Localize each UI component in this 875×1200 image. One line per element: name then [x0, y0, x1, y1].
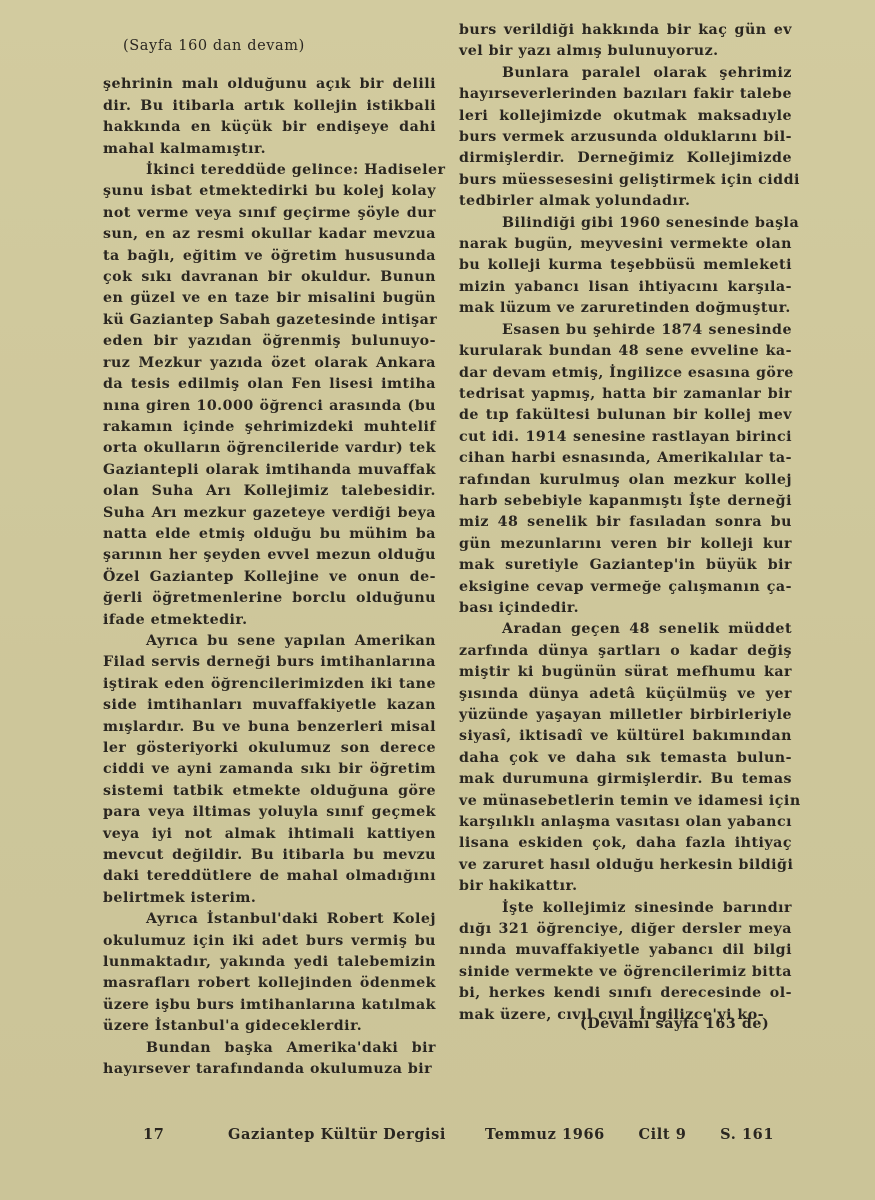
right-column: burs verildiği hakkında bir kaç gün evve… [459, 20, 792, 1026]
text-line: siyasî, iktisadî ve kültürel bakımından [459, 726, 792, 747]
text-line: çok sıkı davranan bir okuldur. Bunun [103, 267, 436, 288]
left-column: (Sayfa 160 dan devam) şehrinin malı oldu… [103, 30, 436, 1081]
text-line: mizin yabancı lisan ihtiyacını karşıla- [459, 277, 792, 298]
text-line: Aradan geçen 48 senelik müddet [459, 619, 792, 640]
text-line: dir. Bu itibarla artık kollejin istikbal… [103, 96, 436, 117]
text-line: Ayrıca bu sene yapılan Amerikan [103, 631, 436, 652]
text-line: vel bir yazı almış bulunuyoruz. [459, 41, 792, 62]
paragraph: Ayrıca bu sene yapılan AmerikanFilad ser… [103, 631, 436, 909]
text-line: kü Gaziantep Sabah gazetesinde intişar [103, 310, 436, 331]
text-line: leri kollejimizde okutmak maksadıyle [459, 106, 792, 127]
text-line: burs verildiği hakkında bir kaç gün ev [459, 20, 792, 41]
text-line: ta bağlı, eğitim ve öğretim hususunda [103, 246, 436, 267]
text-line: Esasen bu şehirde 1874 senesinde [459, 320, 792, 341]
text-line: mak durumuna girmişlerdir. Bu temas [459, 769, 792, 790]
continued-from-note: (Sayfa 160 dan devam) [123, 36, 436, 57]
text-line: hakkında en küçük bir endişeye dahi [103, 117, 436, 138]
text-line: burs vermek arzusunda olduklarını bil- [459, 127, 792, 148]
text-line: side imtihanları muvaffakiyetle kazan [103, 695, 436, 716]
text-line: bu kolleji kurma teşebbüsü memleketi [459, 255, 792, 276]
text-line: rafından kurulmuş olan mezkur kollej [459, 470, 792, 491]
paragraph: burs verildiği hakkında bir kaç gün evve… [459, 20, 792, 63]
text-line: hayırsever tarafındanda okulumuza bir [103, 1059, 436, 1080]
text-line: belirtmek isterim. [103, 888, 436, 909]
text-line: olan Suha Arı Kollejimiz talebesidir. [103, 481, 436, 502]
text-line: natta elde etmiş olduğu bu mühim ba [103, 524, 436, 545]
text-line: burs müessesesini geliştirmek için ciddi [459, 170, 792, 191]
magazine-page: (Sayfa 160 dan devam) şehrinin malı oldu… [0, 0, 875, 1200]
issue-number: S. 161 [720, 1126, 774, 1143]
text-line: lisana eskiden çok, daha fazla ihtiyaç [459, 833, 792, 854]
text-line: gün mezunlarını veren bir kolleji kur [459, 534, 792, 555]
text-line: Suha Arı mezkur gazeteye verdiği beya [103, 503, 436, 524]
text-line: dirmişlerdir. Derneğimiz Kollejimizde [459, 148, 792, 169]
paragraph: İkinci tereddüde gelince: Hadiselerşunu … [103, 160, 436, 631]
text-line: hayırseverlerinden bazıları fakir talebe [459, 84, 792, 105]
text-line: nında muvaffakiyetle yabancı dil bilgi [459, 940, 792, 961]
page-number: 17 [143, 1126, 164, 1143]
text-line: mak lüzum ve zaruretinden doğmuştur. [459, 298, 792, 319]
text-line: tedbirler almak yolundadır. [459, 191, 792, 212]
text-line: ruz Mezkur yazıda özet olarak Ankara [103, 353, 436, 374]
text-line: şarının her şeyden evvel mezun olduğu [103, 545, 436, 566]
text-line: mak suretiyle Gaziantep'in büyük bir [459, 555, 792, 576]
text-line: Gaziantepli olarak imtihanda muvaffak [103, 460, 436, 481]
text-line: eksigine cevap vermeğe çalışmanın ça- [459, 577, 792, 598]
text-line: okulumuz için iki adet burs vermiş bu [103, 931, 436, 952]
text-line: üzere işbu burs imtihanlarına katılmak [103, 995, 436, 1016]
text-line: yüzünde yaşayan milletler birbirleriyle [459, 705, 792, 726]
text-line: sistemi tatbik etmekte olduğuna göre [103, 781, 436, 802]
text-line: Filad servis derneği burs imtihanlarına [103, 652, 436, 673]
text-line: tedrisat yapmış, hatta bir zamanlar bir [459, 384, 792, 405]
text-line: not verme veya sınıf geçirme şöyle dur [103, 203, 436, 224]
text-line: üzere İstanbul'a gideceklerdir. [103, 1016, 436, 1037]
text-line: Bunlara paralel olarak şehrimiz [459, 63, 792, 84]
text-line: sun, en az resmi okullar kadar mevzua [103, 224, 436, 245]
text-line: kurularak bundan 48 sene evveline ka- [459, 341, 792, 362]
text-line: da tesis edilmiş olan Fen lisesi imtiha [103, 374, 436, 395]
text-line: cihan harbi esnasında, Amerikalılar ta- [459, 448, 792, 469]
text-line: ve zaruret hasıl olduğu herkesin bildiği [459, 855, 792, 876]
text-line: ciddi ve ayni zamanda sıkı bir öğretim [103, 759, 436, 780]
text-line: dar devam etmiş, İngilizce esasına göre [459, 363, 792, 384]
text-line: miştir ki bugünün sürat mefhumu kar [459, 662, 792, 683]
issue-date: Temmuz 1966 [485, 1126, 605, 1143]
footer-right: Temmuz 1966 Cilt 9 S. 161 [485, 1126, 802, 1143]
text-line: bası içindedir. [459, 598, 792, 619]
paragraph: Bundan başka Amerika'daki birhayırsever … [103, 1038, 436, 1081]
text-line: daki tereddütlere de mahal olmadığını [103, 866, 436, 887]
text-line: masrafları robert kollejinden ödenmek [103, 973, 436, 994]
text-line: orta okulların öğrencileride vardır) tek [103, 438, 436, 459]
text-line: mışlardır. Bu ve buna benzerleri misal [103, 717, 436, 738]
right-column-text: burs verildiği hakkında bir kaç gün evve… [459, 20, 792, 1026]
paragraph: Ayrıca İstanbul'daki Robert Kolejokulumu… [103, 909, 436, 1037]
text-line: zarfında dünya şartları o kadar değiş [459, 641, 792, 662]
text-line: miz 48 senelik bir fasıladan sonra bu [459, 512, 792, 533]
text-line: İşte kollejimiz sinesinde barındır [459, 898, 792, 919]
text-line: Bundan başka Amerika'daki bir [103, 1038, 436, 1059]
paragraph: İşte kollejimiz sinesinde barındırdığı 3… [459, 898, 792, 1026]
text-line: ifade etmektedir. [103, 610, 436, 631]
text-line: iştirak eden öğrencilerimizden iki tane [103, 674, 436, 695]
continued-to-note: (Devamı sayfa 163 de) [580, 1016, 769, 1032]
text-line: mahal kalmamıştır. [103, 139, 436, 160]
paragraph: şehrinin malı olduğunu açık bir delilidi… [103, 74, 436, 160]
paragraph: Esasen bu şehirde 1874 senesindekurulara… [459, 320, 792, 620]
paragraph: Bilindiği gibi 1960 senesinde başlanarak… [459, 213, 792, 320]
text-line: cut idi. 1914 senesine rastlayan birinci [459, 427, 792, 448]
text-line: Ayrıca İstanbul'daki Robert Kolej [103, 909, 436, 930]
text-line: şısında dünya adetâ küçülmüş ve yer [459, 684, 792, 705]
text-line: de tıp fakültesi bulunan bir kollej mev [459, 405, 792, 426]
volume-number: Cilt 9 [638, 1126, 686, 1143]
publication-name: Gaziantep Kültür Dergisi [228, 1126, 446, 1143]
text-line: sinide vermekte ve öğrencilerimiz bitta [459, 962, 792, 983]
text-line: veya iyi not almak ihtimali kattiyen [103, 824, 436, 845]
text-line: nına giren 10.000 öğrenci arasında (bu [103, 396, 436, 417]
text-line: eden bir yazıdan öğrenmiş bulunuyo- [103, 331, 436, 352]
text-line: harb sebebiyle kapanmıştı İşte derneği [459, 491, 792, 512]
text-line: Özel Gaziantep Kollejine ve onun de- [103, 567, 436, 588]
text-line: en güzel ve en taze bir misalini bugün [103, 288, 436, 309]
text-line: rakamın içinde şehrimizdeki muhtelif [103, 417, 436, 438]
text-line: daha çok ve daha sık temasta bulun- [459, 748, 792, 769]
text-line: ğerli öğretmenlerine borclu olduğunu [103, 588, 436, 609]
text-line: İkinci tereddüde gelince: Hadiseler [103, 160, 436, 181]
paragraph: Aradan geçen 48 senelik müddetzarfında d… [459, 619, 792, 897]
text-line: mevcut değildir. Bu itibarla bu mevzu [103, 845, 436, 866]
text-line: narak bugün, meyvesini vermekte olan [459, 234, 792, 255]
text-line: bir hakikattır. [459, 876, 792, 897]
text-line: dığı 321 öğrenciye, diğer dersler meya [459, 919, 792, 940]
text-line: para veya iltimas yoluyla sınıf geçmek [103, 802, 436, 823]
text-line: Bilindiği gibi 1960 senesinde başla [459, 213, 792, 234]
left-column-text: şehrinin malı olduğunu açık bir delilidi… [103, 74, 436, 1080]
footer-left: 17 Gaziantep Kültür Dergisi [143, 1126, 446, 1143]
text-line: ve münasebetlerin temin ve idamesi için [459, 791, 792, 812]
text-line: bi, herkes kendi sınıfı derecesinde ol- [459, 983, 792, 1004]
text-line: ler gösteriyorki okulumuz son derece [103, 738, 436, 759]
text-line: lunmaktadır, yakında yedi talebemizin [103, 952, 436, 973]
text-line: şehrinin malı olduğunu açık bir delili [103, 74, 436, 95]
text-line: karşılıklı anlaşma vasıtası olan yabancı [459, 812, 792, 833]
text-line: şunu isbat etmektedirki bu kolej kolay [103, 181, 436, 202]
paragraph: Bunlara paralel olarak şehrimizhayırseve… [459, 63, 792, 213]
